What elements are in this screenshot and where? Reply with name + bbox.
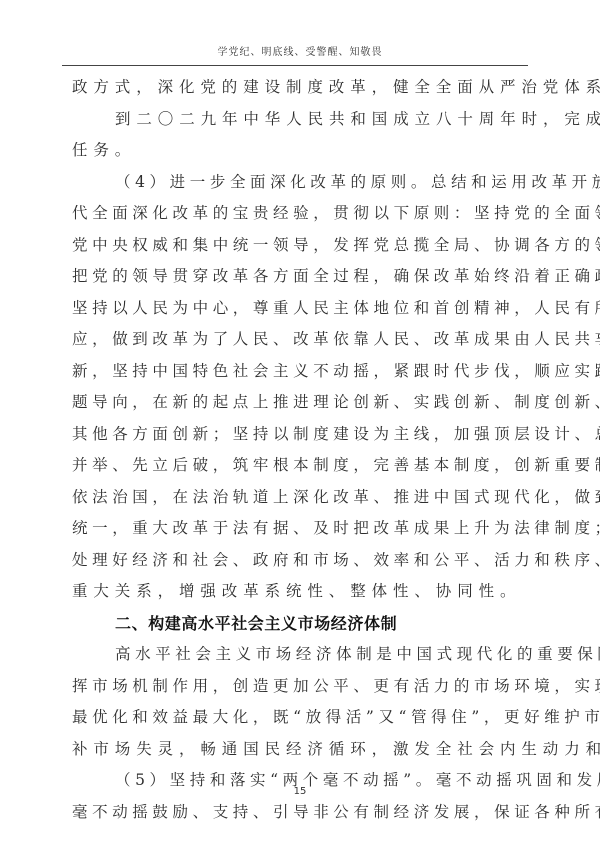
paragraph-line: 毫不动摇鼓励、支持、引导非公有制经济发展，保证各种所有制经济依法平 [72,797,532,829]
paragraph-line: 补市场失灵，畅通国民经济循环，激发全社会内生动力和创新活力。 [72,734,532,766]
paragraph-line: 政方式，深化党的建设制度改革，健全全面从严治党体系。 [72,72,532,104]
paragraph-line: 并举、先立后破，筑牢根本制度，完善基本制度，创新重要制度；坚持全面 [72,450,532,482]
header-divider [62,65,528,66]
paragraph-line: 题导向，在新的起点上推进理论创新、实践创新、制度创新、文化创新以及 [72,387,532,419]
paragraph-line: 统一，重大改革于法有据、及时把改革成果上升为法律制度；坚持系统观念， [72,513,532,545]
paragraph-line: 依法治国，在法治轨道上深化改革、推进中国式现代化，做到改革和法治相 [72,482,532,514]
section-heading: 二、构建高水平社会主义市场经济体制 [72,608,532,640]
page-number: 15 [0,786,600,797]
paragraph-line: 其他各方面创新；坚持以制度建设为主线，加强顶层设计、总体谋划，破立 [72,419,532,451]
paragraph-line: （4）进一步全面深化改革的原则。总结和运用改革开放以来特别是新时 [72,167,532,199]
document-body: 政方式，深化党的建设制度改革，健全全面从严治党体系。 到二〇二九年中华人民共和国… [72,72,532,828]
paragraph-line: 党中央权威和集中统一领导，发挥党总揽全局、协调各方的领导核心作用， [72,230,532,262]
paragraph-line: 处理好经济和社会、政府和市场、效率和公平、活力和秩序、发展和安全等 [72,545,532,577]
paragraph-line: 代全面深化改革的宝贵经验，贯彻以下原则：坚持党的全面领导，坚定维护 [72,198,532,230]
paragraph-line: 把党的领导贯穿改革各方面全过程，确保改革始终沿着正确政治方向前进； [72,261,532,293]
paragraph-line: 高水平社会主义市场经济体制是中国式现代化的重要保障。必须更好发 [72,639,532,671]
paragraph-line: 任务。 [72,135,532,167]
running-header-title: 学党纪、明底线、受警醒、知敬畏 [0,43,600,58]
paragraph-line: 重大关系，增强改革系统性、整体性、协同性。 [72,576,532,608]
paragraph-line: 新，坚持中国特色社会主义不动摇，紧跟时代步伐，顺应实践发展，突出问 [72,356,532,388]
paragraph-line: 应，做到改革为了人民、改革依靠人民、改革成果由人民共享；坚持守正创 [72,324,532,356]
paragraph-line: 最优化和效益最大化，既“放得活”又“管得住”，更好维护市场秩序、弥 [72,702,532,734]
paragraph-line: 挥市场机制作用，创造更加公平、更有活力的市场环境，实现资源配置效率 [72,671,532,703]
paragraph-line: 到二〇二九年中华人民共和国成立八十周年时，完成本决定提出的改革 [72,104,532,136]
paragraph-line: 坚持以人民为中心，尊重人民主体地位和首创精神，人民有所呼、改革有所 [72,293,532,325]
